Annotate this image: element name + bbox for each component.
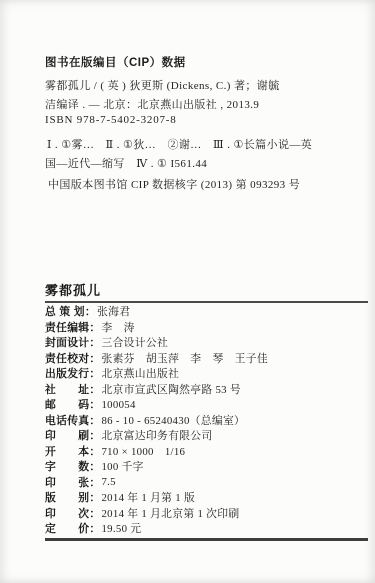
row-label: 责任编辑： xyxy=(45,320,100,335)
colophon-row-editor: 责任编辑：李 涛 xyxy=(45,320,369,336)
colophon-rows: 总 策 划：张海君 责任编辑：李 涛 封面设计：三合设计公社 责任校对：张素芬 … xyxy=(45,304,369,537)
row-label: 印 次： xyxy=(45,506,100,521)
colophon-row-format: 开 本：710 × 1000 1/16 xyxy=(45,444,369,460)
row-label: 印 刷： xyxy=(45,428,100,443)
colophon-row-printing: 印 次：2014 年 1 月北京第 1 次印刷 xyxy=(45,506,369,522)
colophon-row-publisher: 出版发行：北京燕山出版社 xyxy=(45,366,369,382)
row-label: 版 别： xyxy=(45,490,100,505)
row-label: 邮 码： xyxy=(45,397,100,412)
row-value: 2014 年 1 月第 1 版 xyxy=(101,490,195,505)
colophon-row-address: 社 址：北京市宣武区陶然亭路 53 号 xyxy=(45,382,369,398)
colophon-row-phone-fax: 电话传真：86 - 10 - 65240430（总编室） xyxy=(45,413,369,429)
row-value: 北京富达印务有限公司 xyxy=(101,428,212,443)
row-value: 李 涛 xyxy=(101,320,134,335)
row-value: 张海君 xyxy=(97,304,130,319)
row-value: 2014 年 1 月北京第 1 次印刷 xyxy=(101,506,239,521)
row-label: 总 策 划： xyxy=(45,304,96,319)
colophon-row-proofreaders: 责任校对：张素芬 胡玉萍 李 琴 王子佳 xyxy=(45,351,369,367)
row-value: 北京市宣武区陶然亭路 53 号 xyxy=(101,382,240,397)
row-value: 7.5 xyxy=(101,476,115,488)
colophon-row-sheets: 印 张：7.5 xyxy=(45,475,369,491)
book-copyright-page: 图书在版编目（CIP）数据 雾都孤儿 / ( 英 ) 狄更斯 (Dickens,… xyxy=(0,0,375,583)
colophon-book-title: 雾都孤儿 xyxy=(45,280,101,299)
cip-isbn-line: ISBN 978-7-5402-3207-8 xyxy=(45,114,177,126)
row-value: 19.50 元 xyxy=(101,521,141,536)
colophon-row-price: 定 价：19.50 元 xyxy=(45,521,369,537)
cip-entry-line-2: 洁编译 . — 北京：北京燕山出版社 , 2013.9 xyxy=(45,96,259,112)
row-value: 100054 xyxy=(101,399,135,411)
row-value: 三合设计公社 xyxy=(101,335,168,350)
colophon-row-printer: 印 刷：北京富达印务有限公司 xyxy=(45,428,369,444)
bottom-divider-rule xyxy=(45,538,368,541)
cip-classification-line-2: 国—近代—缩写 Ⅳ . ① I561.44 xyxy=(45,155,207,171)
colophon-row-edition: 版 别：2014 年 1 月第 1 版 xyxy=(45,490,369,506)
colophon-row-chief-planner: 总 策 划：张海君 xyxy=(45,304,369,320)
row-label: 封面设计： xyxy=(45,335,100,350)
row-value: 北京燕山出版社 xyxy=(101,366,179,381)
colophon-row-postcode: 邮 码：100054 xyxy=(45,397,369,413)
row-value: 张素芬 胡玉萍 李 琴 王子佳 xyxy=(101,351,267,366)
row-value: 100 千字 xyxy=(101,459,143,474)
cip-classification-line-1: Ⅰ . ①雾… Ⅱ . ①狄… ②谢… Ⅲ . ①长篇小说—英 xyxy=(47,136,312,152)
cip-heading: 图书在版编目（CIP）数据 xyxy=(45,54,186,70)
row-label: 电话传真： xyxy=(45,413,100,428)
row-label: 字 数： xyxy=(45,459,100,474)
row-label: 定 价： xyxy=(45,521,100,536)
colophon-row-word-count: 字 数：100 千字 xyxy=(45,459,369,475)
row-label: 社 址： xyxy=(45,382,100,397)
row-label: 出版发行： xyxy=(45,366,100,381)
row-value: 710 × 1000 1/16 xyxy=(101,444,185,459)
cip-registry-line: 中国版本图书馆 CIP 数据核字 (2013) 第 093293 号 xyxy=(48,176,300,192)
row-value: 86 - 10 - 65240430（总编室） xyxy=(101,413,245,428)
title-divider-rule xyxy=(45,301,368,303)
row-label: 责任校对： xyxy=(45,351,100,366)
cip-entry-line-1: 雾都孤儿 / ( 英 ) 狄更斯 (Dickens, C.) 著；谢毓 xyxy=(45,77,280,93)
row-label: 开 本： xyxy=(45,444,100,459)
colophon-row-cover-design: 封面设计：三合设计公社 xyxy=(45,335,369,351)
row-label: 印 张： xyxy=(45,475,100,490)
